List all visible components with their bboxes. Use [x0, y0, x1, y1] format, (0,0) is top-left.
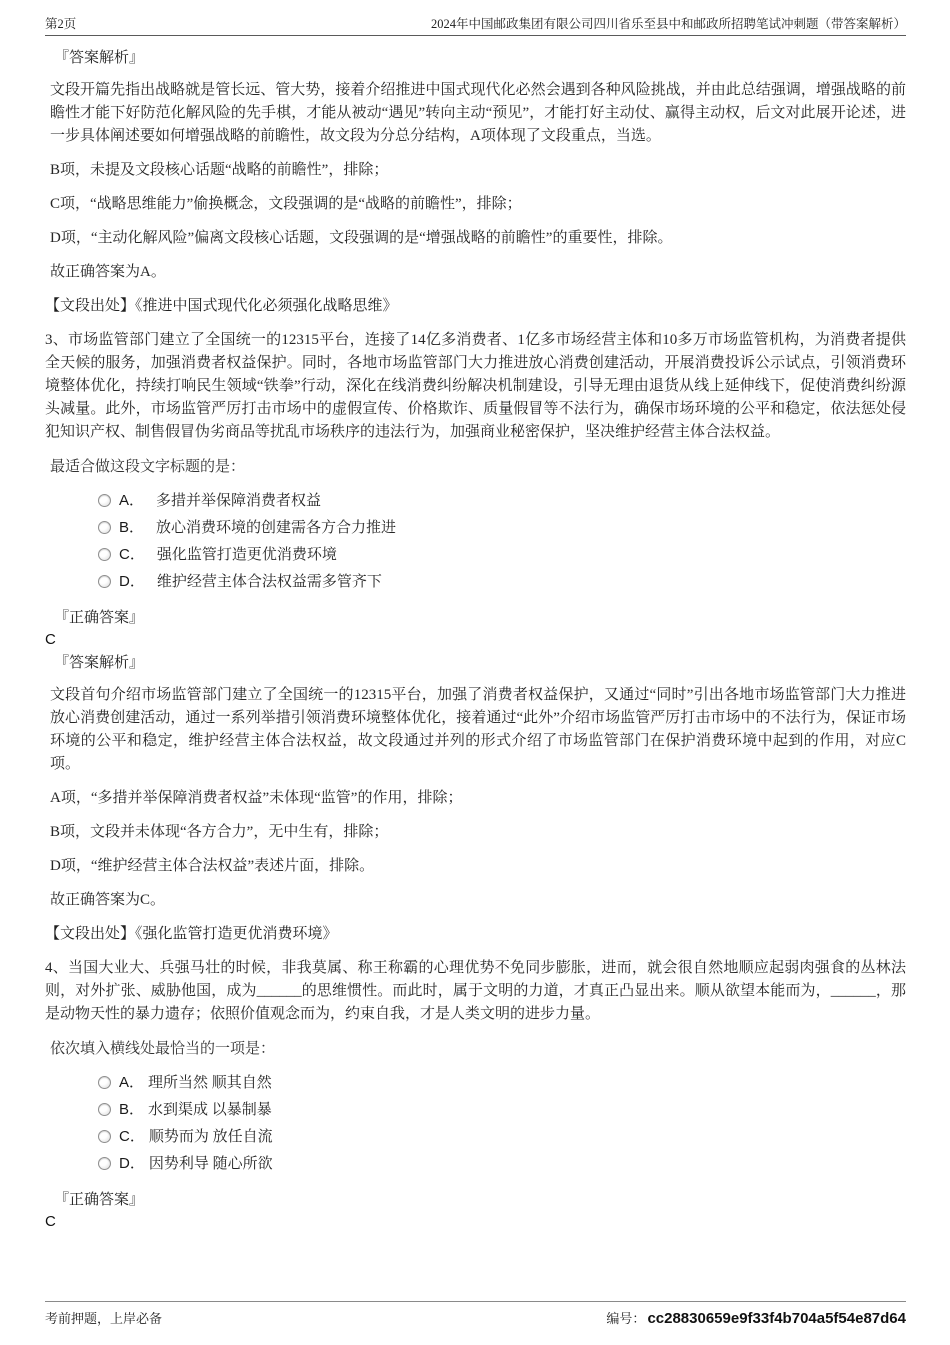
radio-button[interactable]	[98, 1076, 111, 1089]
question-4-stem: 4、当国大业大、兵强马壮的时候，非我莫属、称王称霸的心理优势不免同步膨胀，进而，…	[45, 957, 906, 1026]
option-note-a-q3: A项，“多措并举保障消费者权益”未体现“监管”的作用，排除；	[45, 787, 906, 810]
question-3-option-a[interactable]: A． 多措并举保障消费者权益	[98, 487, 906, 514]
question-3-option-c[interactable]: C． 强化监管打造更优消费环境	[98, 541, 906, 568]
question-4-options: A． 理所当然 顺其自然 B． 水到渠成 以暴制暴 C． 顺势而为 放任自流 D…	[45, 1069, 906, 1177]
question-4-option-d[interactable]: D． 因势利导 随心所欲	[98, 1150, 906, 1177]
document-body: 『答案解析』 文段开篇先指出战略就是管长远、管大势，接着介绍推进中国式现代化必然…	[45, 40, 906, 1232]
question-3-stem: 3、市场监管部门建立了全国统一的12315平台，连接了14亿多消费者、1亿多市场…	[45, 329, 906, 444]
analysis-paragraph-q2: 文段开篇先指出战略就是管长远、管大势，接着介绍推进中国式现代化必然会遇到各种风险…	[45, 79, 906, 148]
option-note-b-q2: B项，未提及文段核心话题“战略的前瞻性”，排除；	[45, 159, 906, 182]
page-number-label: 第2页	[45, 16, 76, 32]
option-text: 强化监管打造更优消费环境	[157, 544, 337, 566]
option-letter: D．	[119, 1153, 145, 1175]
question-4-option-a[interactable]: A． 理所当然 顺其自然	[98, 1069, 906, 1096]
option-text: 维护经营主体合法权益需多管齐下	[157, 571, 382, 593]
document-title: 2024年中国邮政集团有限公司四川省乐至县中和邮政所招聘笔试冲刺题（带答案解析）	[431, 16, 906, 32]
option-letter: B．	[119, 1099, 144, 1121]
radio-button[interactable]	[98, 521, 111, 534]
option-text: 理所当然 顺其自然	[148, 1072, 272, 1094]
option-letter: A．	[119, 490, 144, 512]
passage-source-q2: 【文段出处】《推进中国式现代化必须强化战略思维》	[45, 295, 906, 318]
radio-button[interactable]	[98, 1130, 111, 1143]
conclusion-q3: 故正确答案为C。	[45, 889, 906, 912]
radio-button[interactable]	[98, 575, 111, 588]
analysis-paragraph-q3: 文段首句介绍市场监管部门建立了全国统一的12315平台，加强了消费者权益保护，又…	[45, 684, 906, 776]
answer-analysis-label-q2: 『答案解析』	[45, 48, 906, 68]
option-text: 多措并举保障消费者权益	[156, 490, 321, 512]
page-footer: 考前押题，上岸必备 编号： cc28830659e9f33f4b704a5f54…	[45, 1301, 906, 1327]
radio-button[interactable]	[98, 548, 111, 561]
question-4-prompt: 依次填入横线处最恰当的一项是：	[45, 1038, 906, 1061]
correct-answer-q4: C	[45, 1212, 906, 1232]
page-header: 第2页 2024年中国邮政集团有限公司四川省乐至县中和邮政所招聘笔试冲刺题（带答…	[45, 16, 906, 36]
correct-answer-q3: C	[45, 630, 906, 650]
option-note-d-q3: D项，“维护经营主体合法权益”表述片面，排除。	[45, 855, 906, 878]
question-4-option-b[interactable]: B． 水到渠成 以暴制暴	[98, 1096, 906, 1123]
option-note-c-q2: C项，“战略思维能力”偷换概念，文段强调的是“战略的前瞻性”，排除；	[45, 193, 906, 216]
question-3-options: A． 多措并举保障消费者权益 B． 放心消费环境的创建需各方合力推进 C． 强化…	[45, 487, 906, 595]
conclusion-q2: 故正确答案为A。	[45, 261, 906, 284]
option-text: 放心消费环境的创建需各方合力推进	[156, 517, 396, 539]
option-note-d-q2: D项，“主动化解风险”偏离文段核心话题，文段强调的是“增强战略的前瞻性”的重要性…	[45, 227, 906, 250]
option-letter: C．	[119, 544, 145, 566]
question-4-option-c[interactable]: C． 顺势而为 放任自流	[98, 1123, 906, 1150]
code-value: cc28830659e9f33f4b704a5f54e87d64	[647, 1310, 906, 1327]
radio-button[interactable]	[98, 1157, 111, 1170]
option-note-b-q3: B项，文段并未体现“各方合力”，无中生有，排除；	[45, 821, 906, 844]
answer-analysis-label-q3: 『答案解析』	[45, 653, 906, 673]
code-label: 编号：	[606, 1308, 645, 1327]
option-letter: C．	[119, 1126, 145, 1148]
question-3-option-d[interactable]: D． 维护经营主体合法权益需多管齐下	[98, 568, 906, 595]
radio-button[interactable]	[98, 1103, 111, 1116]
correct-answer-label-q4: 『正确答案』	[45, 1190, 906, 1210]
option-letter: A．	[119, 1072, 144, 1094]
option-text: 水到渠成 以暴制暴	[148, 1099, 272, 1121]
option-letter: D．	[119, 571, 145, 593]
option-letter: B．	[119, 517, 144, 539]
option-text: 顺势而为 放任自流	[149, 1126, 273, 1148]
radio-button[interactable]	[98, 494, 111, 507]
passage-source-q3: 【文段出处】《强化监管打造更优消费环境》	[45, 923, 906, 946]
footer-slogan: 考前押题，上岸必备	[45, 1308, 162, 1327]
correct-answer-label-q3: 『正确答案』	[45, 608, 906, 628]
option-text: 因势利导 随心所欲	[149, 1153, 273, 1175]
footer-code: 编号： cc28830659e9f33f4b704a5f54e87d64	[606, 1308, 906, 1327]
question-3-option-b[interactable]: B． 放心消费环境的创建需各方合力推进	[98, 514, 906, 541]
question-3-prompt: 最适合做这段文字标题的是：	[45, 456, 906, 479]
